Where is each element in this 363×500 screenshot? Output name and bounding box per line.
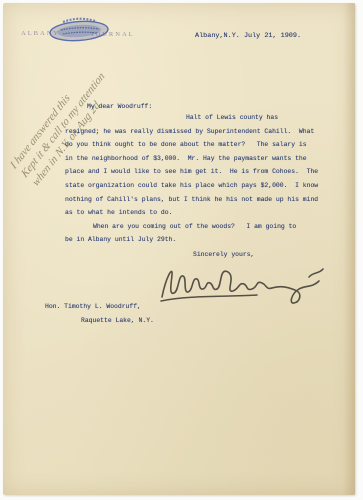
signature-handwriting [159, 251, 333, 311]
letter-body-line: When are you coming out of the woods? I … [65, 220, 325, 234]
dateline: Albany,N.Y. July 21, 1909. [195, 32, 301, 40]
recipient-name: Hon. Timothy L. Woodruff, [45, 303, 141, 310]
letter-body: Halt of Lewis county has resigned; he wa… [65, 111, 325, 247]
letter-body-line: do you think ought to be done about the … [65, 138, 325, 152]
letter-body-line: be in Albany until July 29th. [65, 233, 325, 247]
letter-body-line: as to what he intends to do. [65, 206, 325, 220]
letter-body-line: resigned; he was really dismissed by Sup… [65, 125, 325, 139]
letter-page: ALBANY JOURNAL Albany,N.Y. July 21, 1909… [3, 3, 355, 495]
letter-body-line: state organization could take his place … [65, 179, 325, 193]
letter-body-line: Halt of Lewis county has [65, 111, 325, 125]
letter-body-line: in the neighborhood of $3,000. Mr. Hay t… [65, 152, 325, 166]
letter-body-line: place and I would like to see him get it… [65, 165, 325, 179]
recipient-address: Raquette Lake, N.Y. [81, 317, 154, 324]
letter-body-line: nothing of Cahill's plans, but I think h… [65, 193, 325, 207]
salutation: My dear Woodruff: [87, 103, 152, 110]
